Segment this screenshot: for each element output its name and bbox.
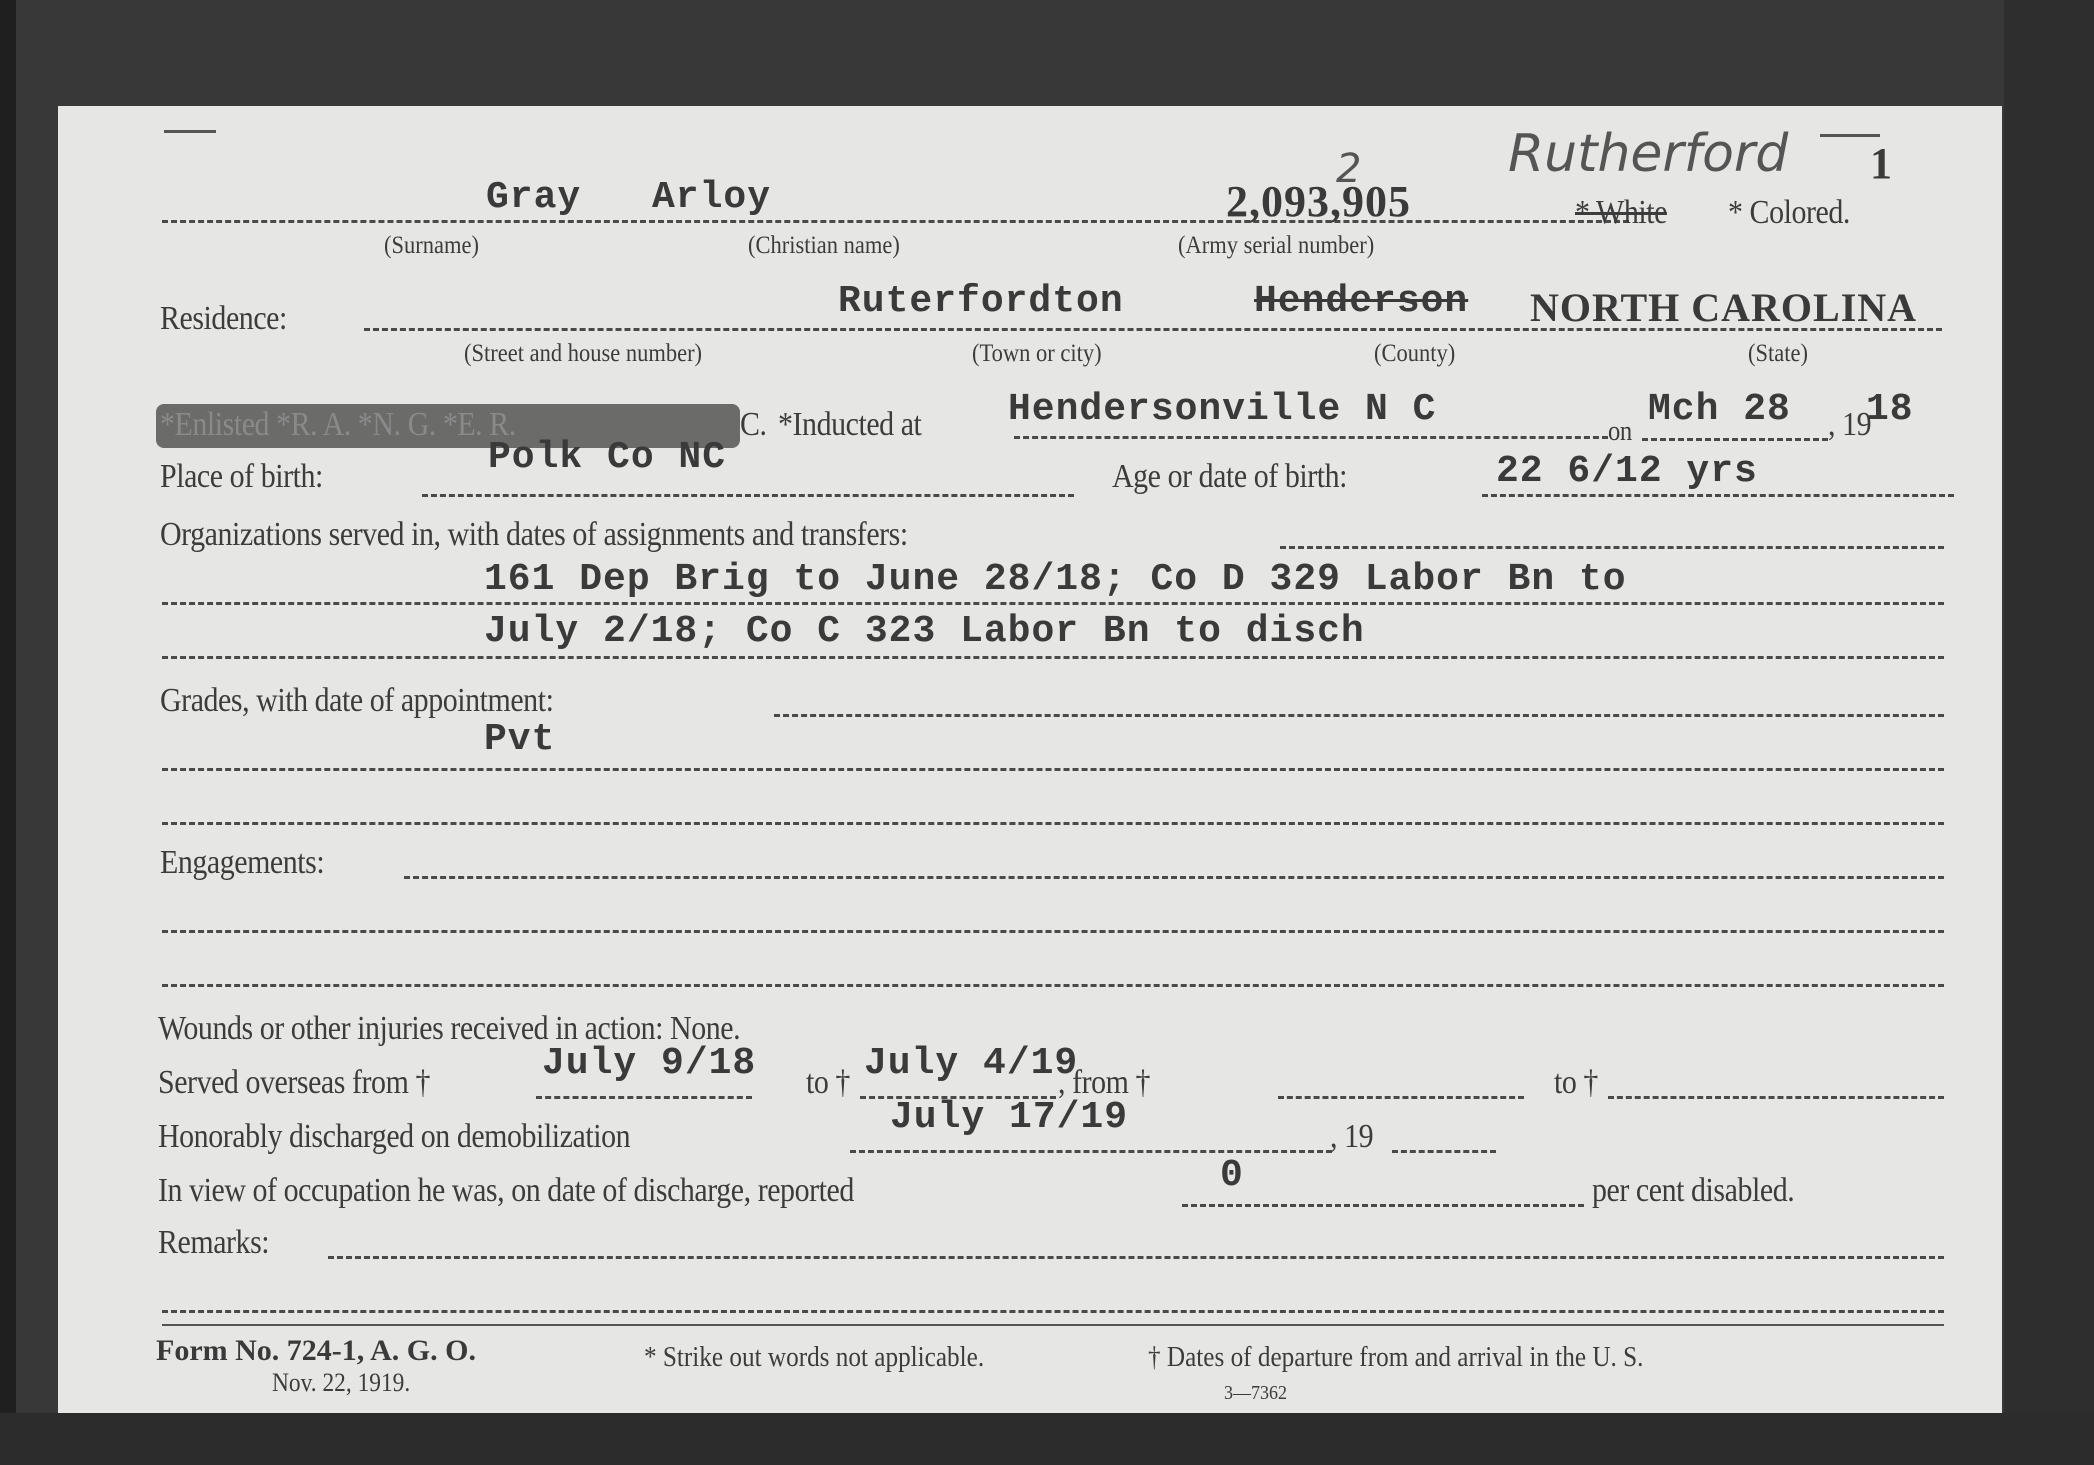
corner-number: 1 xyxy=(1870,138,1892,189)
organizations-line-0 xyxy=(1280,546,1944,549)
age-value: 22 6/12 yrs xyxy=(1496,450,1758,493)
place-of-birth-value: Polk Co NC xyxy=(488,436,726,479)
organizations-label: Organizations served in, with dates of a… xyxy=(160,516,908,554)
overseas-from2-line xyxy=(1278,1096,1524,1099)
serial-correction: 2 xyxy=(1336,146,1361,192)
on-label: on xyxy=(1608,416,1632,448)
inducted-place-line xyxy=(1014,436,1608,439)
residence-label: Residence: xyxy=(160,300,287,338)
enlisted-options-struck: *Enlisted *R. A. *N. G. *E. R. xyxy=(160,406,516,444)
remarks-line-1 xyxy=(162,1310,1944,1313)
christian-name-caption: (Christian name) xyxy=(748,232,900,260)
overseas-to-date: July 4/19 xyxy=(864,1042,1078,1085)
residence-town: Ruterfordton xyxy=(838,280,1124,323)
scan-border-left xyxy=(0,0,16,1465)
discharge-label: Honorably discharged on demobilization xyxy=(158,1118,630,1156)
place-of-birth-line xyxy=(422,494,1074,497)
print-code: 3—7362 xyxy=(1224,1382,1287,1405)
overseas-to-label: to † xyxy=(806,1064,850,1102)
grades-label: Grades, with date of appointment: xyxy=(160,682,553,720)
serial-number-value: 2,093,905 xyxy=(1226,176,1411,227)
handwritten-county: Rutherford xyxy=(1508,124,1788,184)
scan-border-bottom xyxy=(0,1413,2094,1465)
remarks-line-0 xyxy=(328,1256,1944,1259)
form-date: Nov. 22, 1919. xyxy=(272,1368,410,1398)
christian-name-value: Arloy xyxy=(652,176,771,219)
engagements-line-1 xyxy=(162,930,1944,933)
engagements-line-2 xyxy=(162,984,1944,987)
disability-line xyxy=(1182,1204,1584,1207)
strike-out-note: * Strike out words not applicable. xyxy=(644,1342,984,1374)
surname-caption: (Surname) xyxy=(384,232,479,260)
discharge-year-suffix: , 19 xyxy=(1330,1118,1373,1156)
year-prefix: , 19 xyxy=(1828,406,1871,444)
dates-note: † Dates of departure from and arrival in… xyxy=(1148,1342,1643,1374)
street-caption: (Street and house number) xyxy=(464,340,702,368)
top-left-mark xyxy=(164,130,216,133)
inducted-date: Mch 28 xyxy=(1648,388,1791,431)
organizations-line-2 xyxy=(162,656,1944,659)
engagements-label: Engagements: xyxy=(160,844,324,882)
organizations-line-1 xyxy=(162,602,1944,605)
form-number: Form No. 724-1, A. G. O. xyxy=(156,1334,476,1368)
engagements-line-0 xyxy=(404,876,1944,879)
county-caption: (County) xyxy=(1374,340,1455,368)
footer-rule xyxy=(162,1324,1944,1326)
organizations-entry-1: 161 Dep Brig to June 28/18; Co D 329 Lab… xyxy=(484,558,1627,601)
inducted-date-line xyxy=(1642,438,1828,441)
discharge-year-line xyxy=(1392,1150,1496,1153)
service-record-card: 1 Rutherford Gray Arloy (Surname) (Chris… xyxy=(58,106,2002,1413)
overseas-to2-label: to † xyxy=(1554,1064,1598,1102)
enlisted-suffix: C. xyxy=(740,406,767,444)
race-white-struck: * White xyxy=(1575,194,1667,232)
surname-value: Gray xyxy=(486,176,581,219)
grades-line-2 xyxy=(162,822,1944,825)
residence-county-struck: Henderson xyxy=(1254,280,1468,323)
overseas-to2-line xyxy=(1608,1096,1944,1099)
residence-state: NORTH CAROLINA xyxy=(1530,284,1917,331)
top-right-mark xyxy=(1820,134,1880,137)
town-caption: (Town or city) xyxy=(972,340,1102,368)
inducted-place: Hendersonville N C xyxy=(1008,388,1436,431)
age-line xyxy=(1482,494,1954,497)
grade-value: Pvt xyxy=(484,718,555,761)
age-label: Age or date of birth: xyxy=(1112,458,1347,496)
state-caption: (State) xyxy=(1748,340,1808,368)
grades-line-0 xyxy=(774,714,1944,717)
race-colored: * Colored. xyxy=(1728,194,1850,232)
scan-border-right xyxy=(2004,0,2094,1465)
overseas-from-label: Served overseas from † xyxy=(158,1064,430,1102)
disability-label: In view of occupation he was, on date of… xyxy=(158,1172,854,1210)
organizations-entry-2: July 2/18; Co C 323 Labor Bn to disch xyxy=(484,610,1365,653)
discharge-line xyxy=(850,1150,1332,1153)
place-of-birth-label: Place of birth: xyxy=(160,458,323,496)
overseas-from-line xyxy=(536,1096,752,1099)
inducted-year: 18 xyxy=(1866,388,1914,431)
serial-caption: (Army serial number) xyxy=(1178,232,1374,260)
disability-value: 0 xyxy=(1220,1154,1244,1197)
grades-line-1 xyxy=(162,768,1944,771)
remarks-label: Remarks: xyxy=(158,1224,269,1262)
inducted-at-label: *Inducted at xyxy=(778,406,921,444)
overseas-from-date: July 9/18 xyxy=(542,1042,756,1085)
disability-suffix: per cent disabled. xyxy=(1592,1172,1794,1210)
discharge-date: July 17/19 xyxy=(890,1096,1128,1139)
